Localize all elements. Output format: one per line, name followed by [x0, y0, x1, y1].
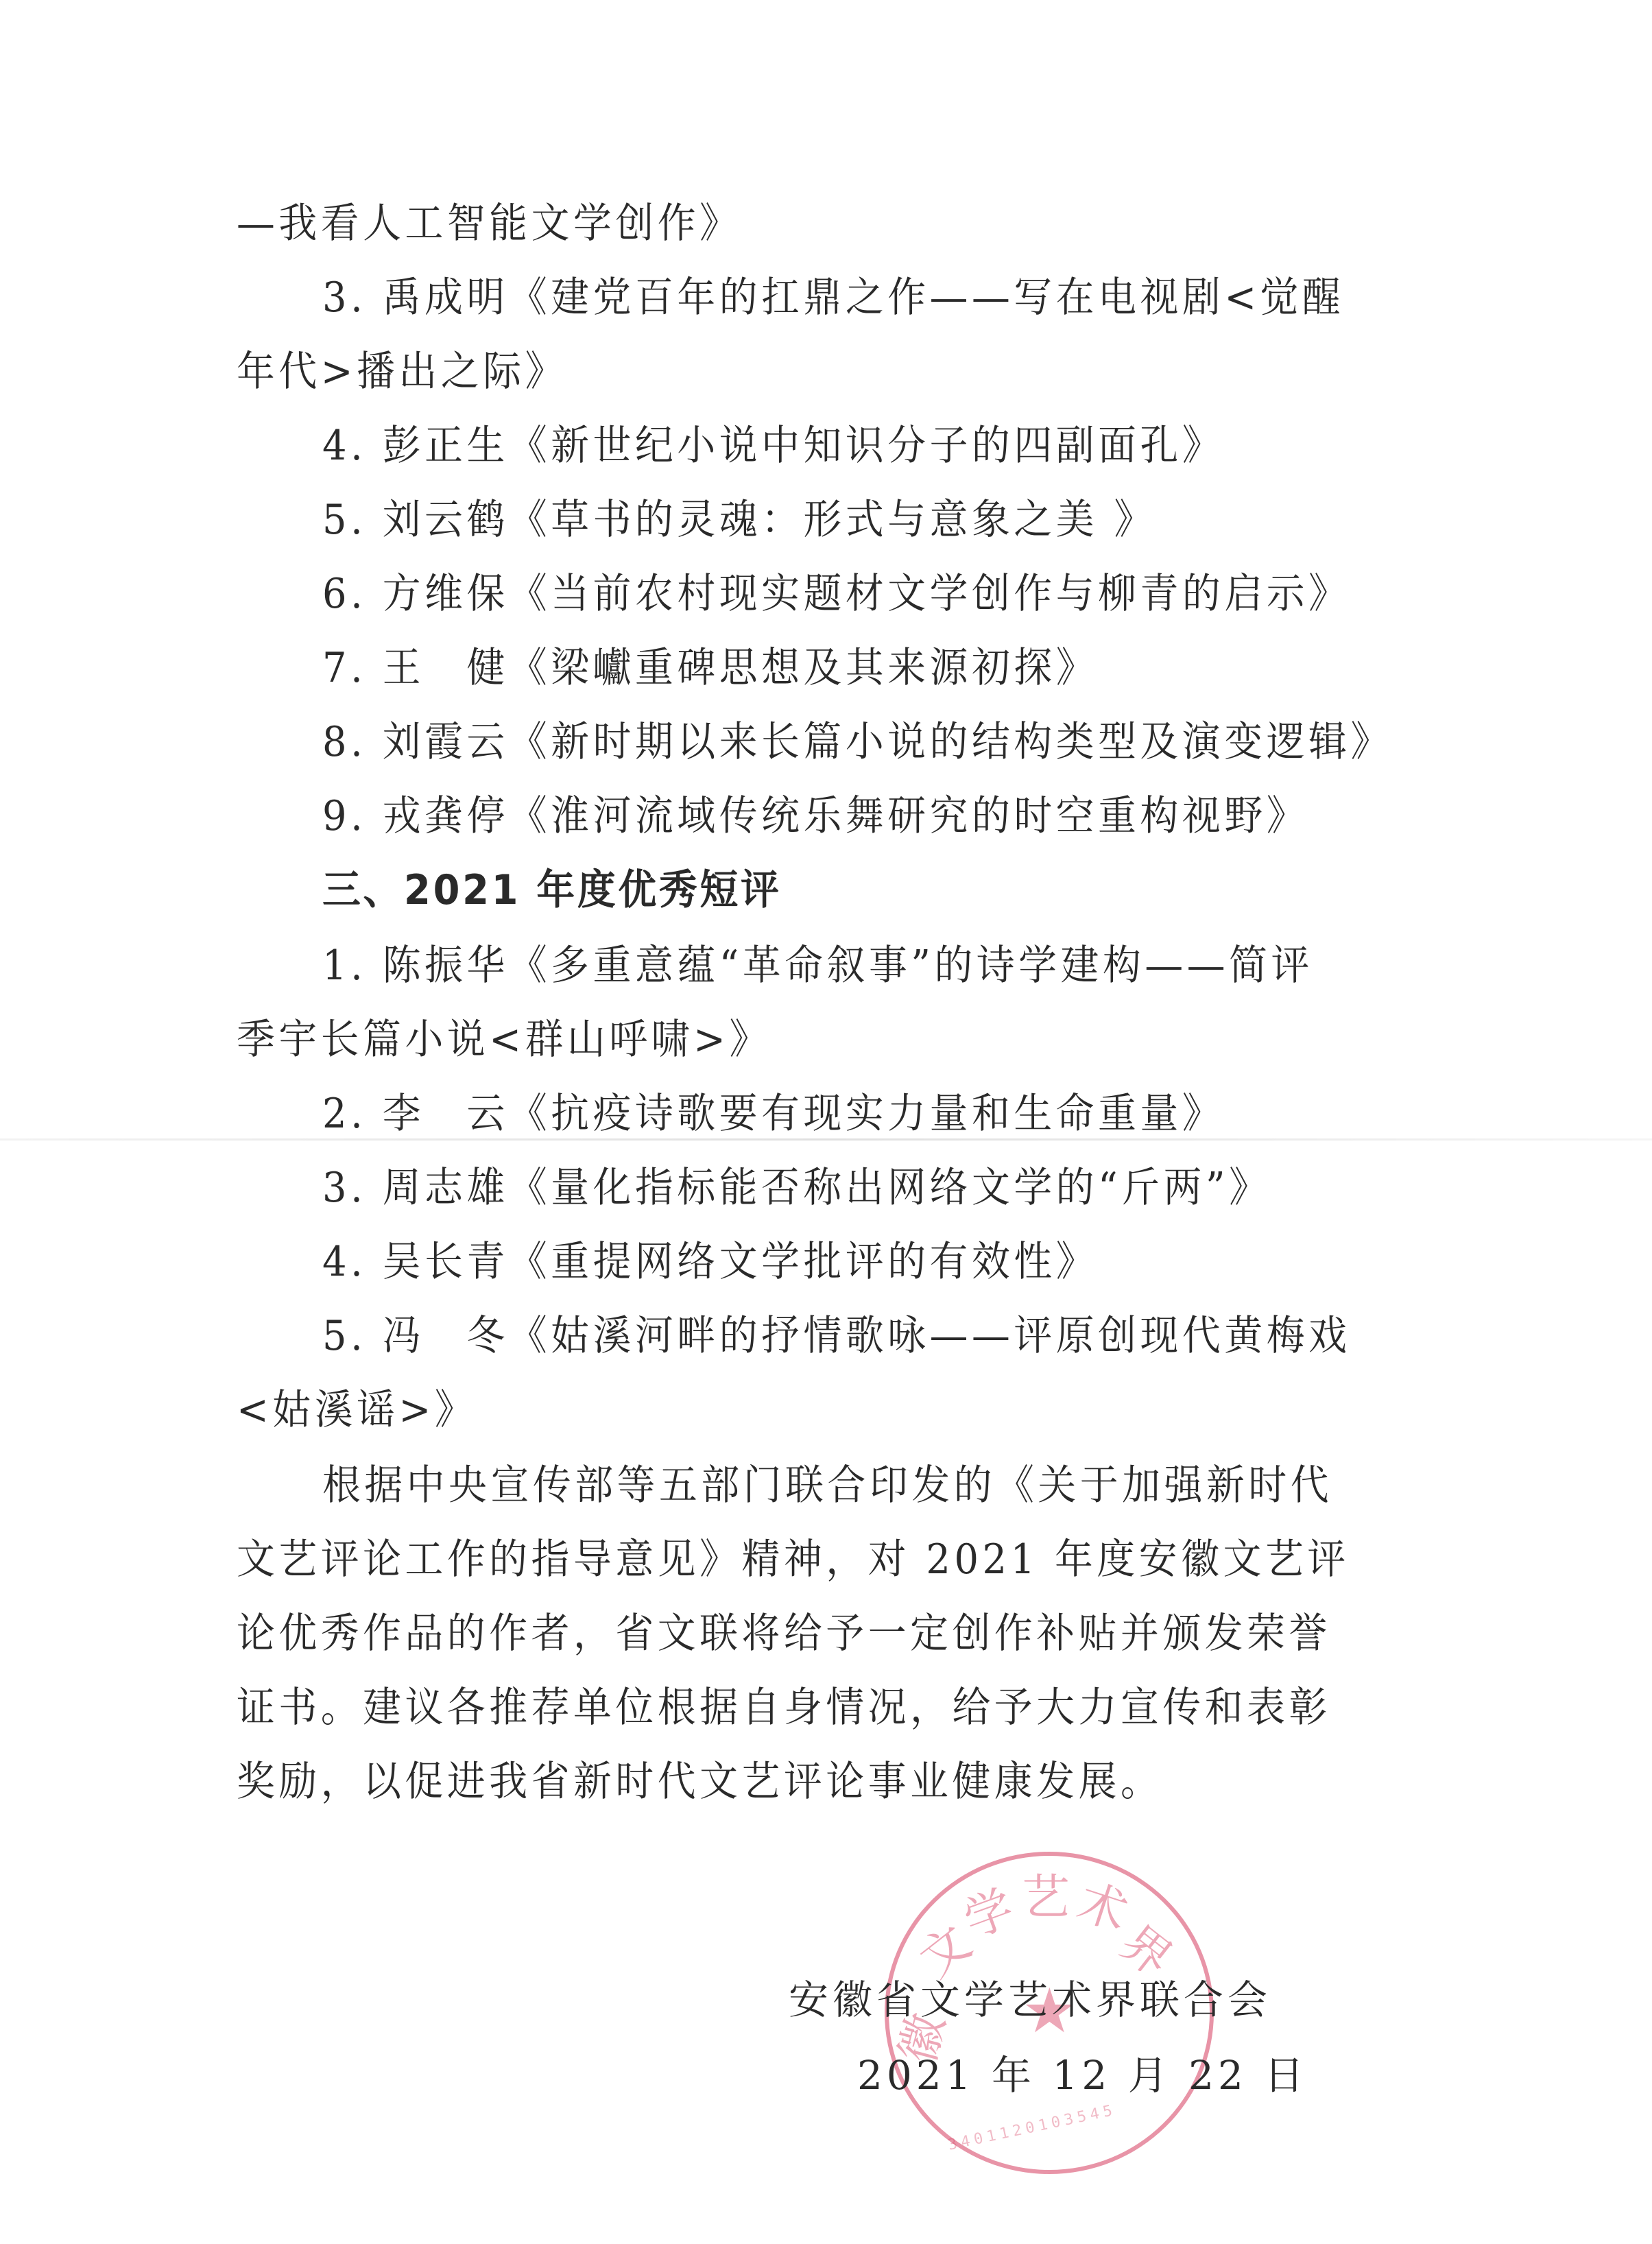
text-line: 季宇长篇小说<群山呼啸>》	[237, 1015, 771, 1064]
signature-date: 2021 年 12 月 22 日	[857, 2051, 1308, 2100]
text-line: 年代>播出之际》	[237, 347, 567, 396]
text-line: 4. 吴长青《重提网络文学批评的有效性》	[322, 1237, 1098, 1287]
text-line: 5. 刘云鹤《草书的灵魂：形式与意象之美 》	[322, 495, 1156, 545]
text-line: 6. 方维保《当前农村现实题材文学创作与柳青的启示》	[322, 569, 1350, 619]
text-line: —我看人工智能文学创作》	[237, 199, 742, 248]
text-line: 奖励，以促进我省新时代文艺评论事业健康发展。	[237, 1757, 1162, 1806]
text-line: 5. 冯 冬《姑溪河畔的抒情歌咏——评原创现代黄梅戏	[322, 1311, 1350, 1361]
text-line: 论优秀作品的作者，省文联将给予一定创作补贴并颁发荣誉	[237, 1609, 1331, 1658]
text-line: 3. 禹成明《建党百年的扛鼎之作——写在电视剧<觉醒	[322, 273, 1344, 322]
text-line: 4. 彭正生《新世纪小说中知识分子的四副面孔》	[322, 421, 1224, 470]
signature-organization: 安徽省文学艺术界联合会	[789, 1975, 1271, 2025]
text-line: 证书。建议各推荐单位根据自身情况，给予大力宣传和表彰	[237, 1683, 1331, 1732]
text-line: 3. 周志雄《量化指标能否称出网络文学的“斤两”》	[322, 1163, 1271, 1213]
text-line: 9. 戎龚停《淮河流域传统乐舞研究的时空重构视野》	[322, 791, 1308, 841]
text-line: 根据中央宣传部等五部门联合印发的《关于加强新时代	[322, 1461, 1332, 1510]
text-line: <姑溪谣>》	[237, 1385, 477, 1435]
section-heading: 三、2021 年度优秀短评	[322, 866, 781, 915]
text-line: 文艺评论工作的指导意见》精神，对 2021 年度安徽文艺评	[237, 1535, 1350, 1584]
text-line: 1. 陈振华《多重意蕴“革命叙事”的诗学建构——简评	[322, 941, 1313, 990]
seal-char: 艺	[1022, 1859, 1070, 1928]
text-line: 8. 刘霞云《新时期以来长篇小说的结构类型及演变逻辑》	[322, 717, 1393, 767]
text-line: 2. 李 云《抗疫诗歌要有现实力量和生命重量》	[322, 1089, 1224, 1138]
text-line: 7. 王 健《梁巘重碑思想及其来源初探》	[322, 643, 1098, 693]
paper-fold-line	[0, 1138, 1652, 1141]
